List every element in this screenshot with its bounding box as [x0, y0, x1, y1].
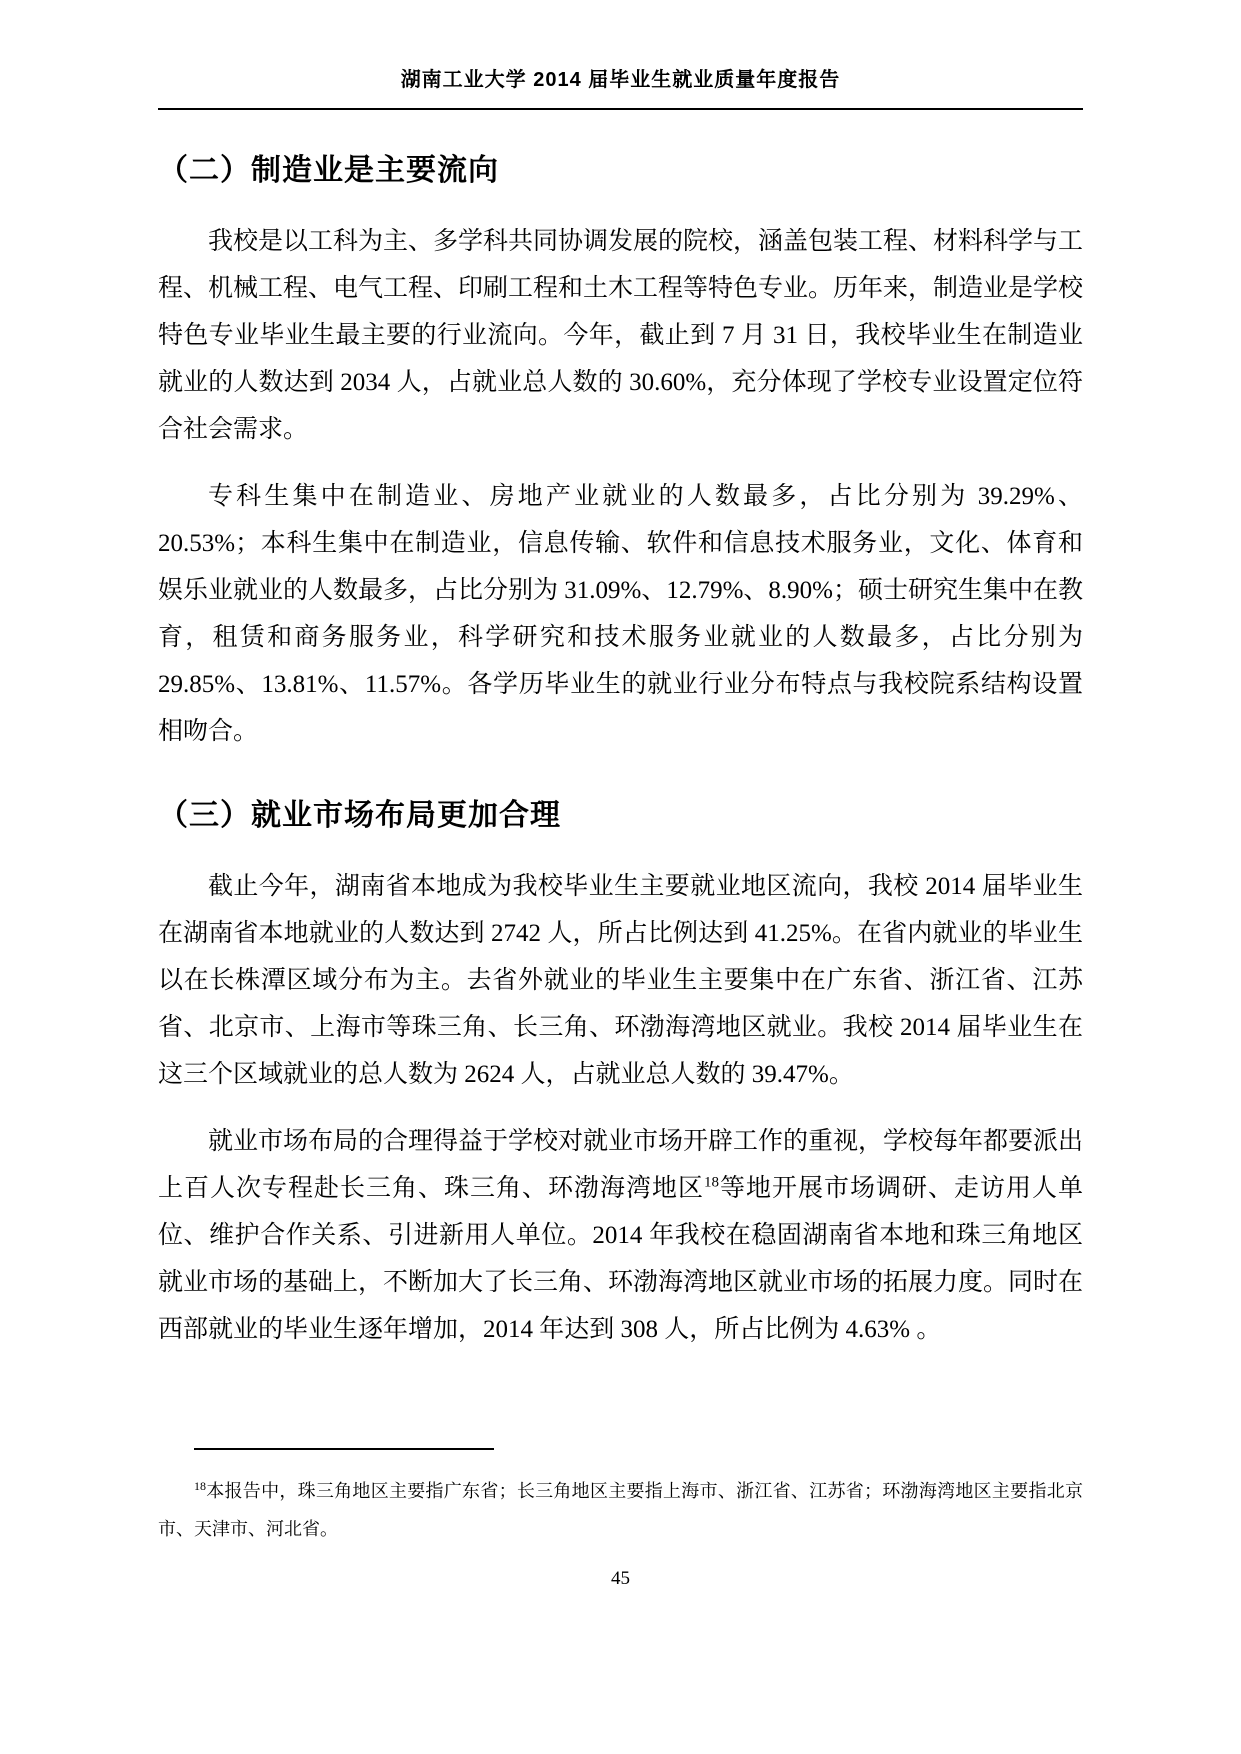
paragraph-manufacturing-2: 专科生集中在制造业、房地产业就业的人数最多，占比分别为 39.29%、20.53… [158, 473, 1083, 755]
footnote-reference-marker[interactable]: 18 [704, 1175, 719, 1191]
paragraph-job-market-1: 截止今年，湖南省本地成为我校毕业生主要就业地区流向，我校 2014 届毕业生在湖… [158, 863, 1083, 1098]
footnote-text: 18本报告中，珠三角地区主要指广东省；长三角地区主要指上海市、浙江省、江苏省；环… [158, 1472, 1083, 1548]
paragraph-manufacturing-1: 我校是以工科为主、多学科共同协调发展的院校，涵盖包装工程、材料科学与工程、机械工… [158, 218, 1083, 453]
footnote-area: 18本报告中，珠三角地区主要指广东省；长三角地区主要指上海市、浙江省、江苏省；环… [158, 1448, 1083, 1548]
footnote-number: 18 [194, 1479, 206, 1493]
paragraph-job-market-2: 就业市场布局的合理得益于学校对就业市场开辟工作的重视，学校每年都要派出上百人次专… [158, 1118, 1083, 1353]
footnote-body: 本报告中，珠三角地区主要指广东省；长三角地区主要指上海市、浙江省、江苏省；环渤海… [158, 1481, 1083, 1539]
page-number: 45 [0, 1568, 1241, 1590]
footnote-separator-rule [194, 1448, 494, 1450]
section-heading-job-market: （三）就业市场布局更加合理 [158, 795, 1083, 837]
header-title: 湖南工业大学 2014 届毕业生就业质量年度报告 [158, 66, 1083, 94]
page-header: 湖南工业大学 2014 届毕业生就业质量年度报告 [158, 66, 1083, 110]
header-rule [158, 108, 1083, 110]
section-heading-manufacturing: （二）制造业是主要流向 [158, 150, 1083, 192]
document-page: 湖南工业大学 2014 届毕业生就业质量年度报告 （二）制造业是主要流向 我校是… [0, 0, 1241, 1754]
